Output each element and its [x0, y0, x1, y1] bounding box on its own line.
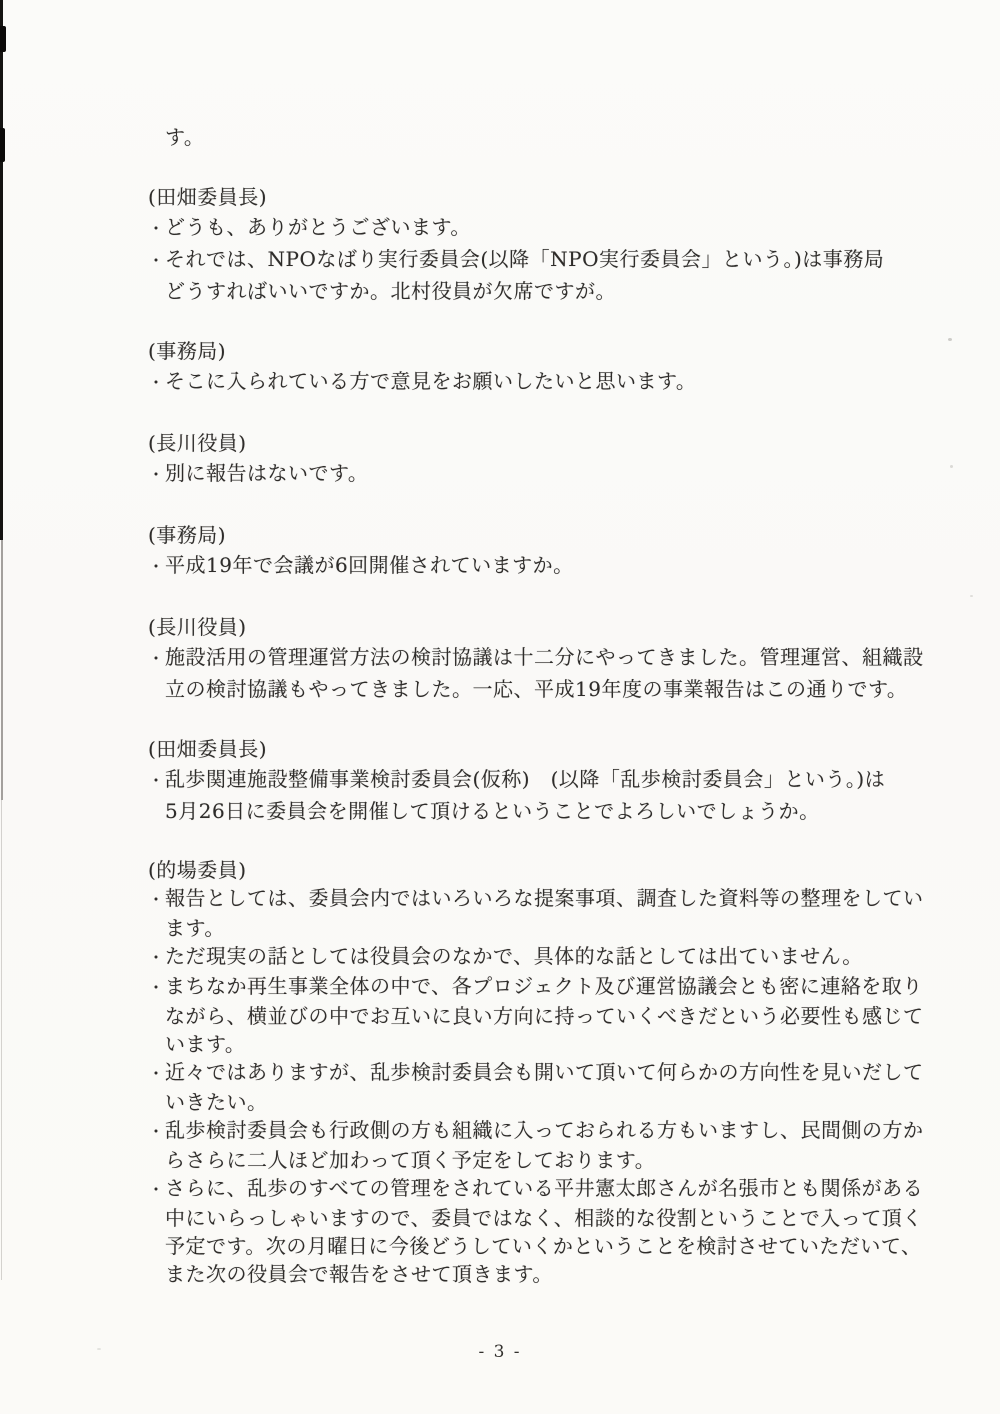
scan-edge-artifact: [0, 128, 5, 162]
speaker-label: (的場委員): [148, 856, 908, 884]
bullet-dot-icon: ・: [148, 1176, 165, 1204]
speaker-label: (事務局): [148, 336, 908, 366]
minutes-section: (田畑委員長)・どうも、ありがとうございます。・それでは、NPOなばり実行委員会…: [148, 182, 908, 306]
bullet-text: 近々ではありますが、乱歩検討委員会も開いて頂いて何らかの方向性を見いだして: [165, 1060, 924, 1084]
bullet-dot-icon: ・: [148, 644, 165, 674]
bullet-text: どうも、ありがとうございます。: [165, 215, 471, 239]
bullet-text: ただ現実の話としては役員会のなかで、具体的な話としては出ていません。: [165, 944, 863, 968]
bullet-dot-icon: ・: [148, 944, 165, 972]
scan-edge-artifact: [0, 0, 3, 540]
bullet-line-continuation: 中にいらっしゃいますので、委員ではなく、相談的な役割ということで入って頂く: [165, 1204, 908, 1232]
speaker-label: (長川役員): [148, 612, 908, 642]
bullet-line-continuation: 予定です。次の月曜日に今後どうしていくかということを検討させていただいて、: [165, 1232, 908, 1260]
bullet-line: ・ただ現実の話としては役員会のなかで、具体的な話としては出ていません。: [148, 942, 908, 972]
bullet-text: それでは、NPOなばり実行委員会(以降「NPO実行委員会」という。)は事務局: [165, 247, 884, 271]
bullet-line-continuation: ながら、横並びの中でお互いに良い方向に持っていくべきだという必要性も感じて: [165, 1002, 908, 1030]
bullet-dot-icon: ・: [148, 1060, 165, 1088]
document-body: す。 (田畑委員長)・どうも、ありがとうございます。・それでは、NPOなばり実行…: [148, 122, 908, 1288]
bullet-line: ・そこに入られている方で意見をお願いしたいと思います。: [148, 366, 908, 398]
bullet-dot-icon: ・: [148, 766, 165, 796]
bullet-dot-icon: ・: [148, 552, 165, 582]
minutes-section: (事務局)・そこに入られている方で意見をお願いしたいと思います。: [148, 336, 908, 398]
bullet-line: ・まちなか再生事業全体の中で、各プロジェクト及び運営協議会とも密に連絡を取り: [148, 972, 908, 1002]
bullet-text: 平成19年で会議が6回開催されていますか。: [165, 553, 574, 577]
bullet-dot-icon: ・: [148, 886, 165, 914]
scan-edge-artifact: [0, 26, 6, 52]
bullet-line: ・それでは、NPOなばり実行委員会(以降「NPO実行委員会」という。)は事務局: [148, 244, 908, 276]
speaker-label: (田畑委員長): [148, 182, 908, 212]
bullet-dot-icon: ・: [148, 246, 165, 276]
bullet-dot-icon: ・: [148, 368, 165, 398]
sections-container: (田畑委員長)・どうも、ありがとうございます。・それでは、NPOなばり実行委員会…: [148, 182, 908, 1288]
bullet-line: ・別に報告はないです。: [148, 458, 908, 490]
bullet-line-continuation: 立の検討協議もやってきました。一応、平成19年度の事業報告はこの通りです。: [165, 674, 908, 704]
minutes-section: (長川役員)・施設活用の管理運営方法の検討協議は十二分にやってきました。管理運営…: [148, 612, 908, 704]
bullet-line: ・平成19年で会議が6回開催されていますか。: [148, 550, 908, 582]
bullet-dot-icon: ・: [148, 1118, 165, 1146]
scan-edge-artifact: [1, 540, 3, 800]
speaker-label: (田畑委員長): [148, 734, 908, 764]
bullet-line-continuation: また次の役員会で報告をさせて頂きます。: [165, 1260, 908, 1288]
scan-speck: [948, 338, 952, 341]
bullet-line: ・近々ではありますが、乱歩検討委員会も開いて頂いて何らかの方向性を見いだして: [148, 1058, 908, 1088]
bullet-line: ・どうも、ありがとうございます。: [148, 212, 908, 244]
bullet-line-continuation: ます。: [165, 914, 908, 942]
bullet-line-continuation: 5月26日に委員会を開催して頂けるということでよろしいでしょうか。: [165, 796, 908, 826]
scan-speck: [970, 595, 973, 597]
scan-speck: [950, 465, 953, 468]
bullet-dot-icon: ・: [148, 460, 165, 490]
bullet-text: 乱歩関連施設整備事業検討委員会(仮称) (以降「乱歩検討委員会」という。)は: [165, 767, 885, 791]
bullet-line-continuation: いきたい。: [165, 1088, 908, 1116]
bullet-line-continuation: どうすればいいですか。北村役員が欠席ですが。: [165, 276, 908, 306]
minutes-section: (田畑委員長)・乱歩関連施設整備事業検討委員会(仮称) (以降「乱歩検討委員会」…: [148, 734, 908, 826]
bullet-text: 別に報告はないです。: [165, 461, 368, 485]
bullet-line: ・施設活用の管理運営方法の検討協議は十二分にやってきました。管理運営、組織設: [148, 642, 908, 674]
bullet-text: 乱歩検討委員会も行政側の方も組織に入っておられる方もいますし、民間側の方か: [165, 1118, 924, 1142]
bullet-line: ・報告としては、委員会内ではいろいろな提案事項、調査した資料等の整理をしてい: [148, 884, 908, 914]
bullet-text: そこに入られている方で意見をお願いしたいと思います。: [165, 369, 696, 393]
bullet-line: ・さらに、乱歩のすべての管理をされている平井憲太郎さんが名張市とも関係がある: [148, 1174, 908, 1204]
minutes-section: (的場委員)・報告としては、委員会内ではいろいろな提案事項、調査した資料等の整理…: [148, 856, 908, 1288]
bullet-text: さらに、乱歩のすべての管理をされている平井憲太郎さんが名張市とも関係がある: [165, 1176, 923, 1200]
bullet-text: まちなか再生事業全体の中で、各プロジェクト及び運営協議会とも密に連絡を取り: [165, 974, 923, 998]
bullet-line: ・乱歩関連施設整備事業検討委員会(仮称) (以降「乱歩検討委員会」という。)は: [148, 764, 908, 796]
speaker-label: (事務局): [148, 520, 908, 550]
scan-edge-artifact: [1, 800, 2, 1280]
bullet-line: ・乱歩検討委員会も行政側の方も組織に入っておられる方もいますし、民間側の方か: [148, 1116, 908, 1146]
speaker-label: (長川役員): [148, 428, 908, 458]
bullet-text: 報告としては、委員会内ではいろいろな提案事項、調査した資料等の整理をしてい: [165, 886, 924, 910]
page-number: - 3 -: [0, 1342, 1000, 1362]
scanned-page: す。 (田畑委員長)・どうも、ありがとうございます。・それでは、NPOなばり実行…: [0, 0, 1000, 1414]
bullet-line-continuation: らさらに二人ほど加わって頂く予定をしております。: [165, 1146, 908, 1174]
continuation-line: す。: [165, 122, 908, 152]
bullet-dot-icon: ・: [148, 974, 165, 1002]
minutes-section: (長川役員)・別に報告はないです。: [148, 428, 908, 490]
bullet-line-continuation: います。: [165, 1030, 908, 1058]
minutes-section: (事務局)・平成19年で会議が6回開催されていますか。: [148, 520, 908, 582]
bullet-text: 施設活用の管理運営方法の検討協議は十二分にやってきました。管理運営、組織設: [165, 645, 924, 669]
bullet-dot-icon: ・: [148, 214, 165, 244]
